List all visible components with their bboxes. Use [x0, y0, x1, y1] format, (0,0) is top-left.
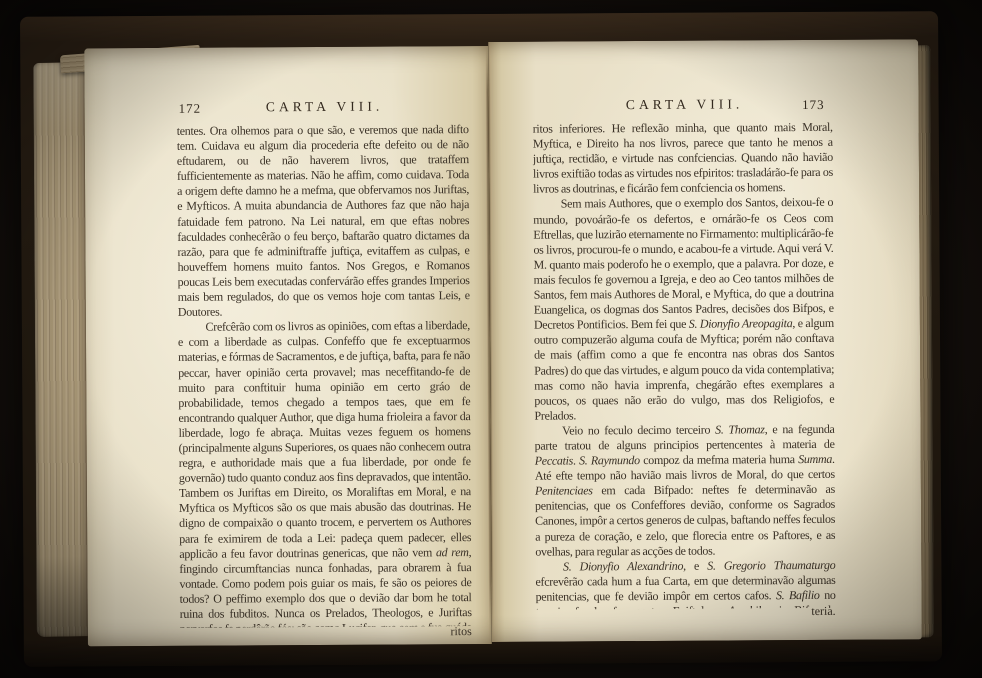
italic-text: S. Dionyfio Alexandrino: [563, 558, 683, 573]
left-running-title: CARTA VIII.: [177, 98, 469, 116]
italic-text: S. Dionyfio Areopagita: [689, 316, 793, 331]
italic-text: S. Bafilio: [776, 588, 820, 602]
right-page-number: 173: [802, 97, 825, 113]
left-page-header: 172 CARTA VIII.: [177, 98, 469, 118]
paragraph: Veio no feculo decimo terceiro S. Thomaz…: [535, 422, 836, 560]
left-page: 172 CARTA VIII. tentes. Ora olhemos para…: [84, 46, 492, 646]
right-page-header: CARTA VIII. 173: [533, 96, 833, 116]
page-edges-left: [33, 62, 89, 637]
paragraph: Sem mais Authores, que o exemplo dos San…: [533, 195, 834, 423]
italic-text: Peccatis: [535, 454, 573, 468]
left-page-number: 172: [179, 101, 202, 117]
italic-text: ad rem: [436, 545, 469, 559]
right-page: CARTA VIII. 173 ritos inferiores. He ref…: [488, 39, 922, 642]
body-text: compoz da mefma materia huma: [640, 452, 798, 467]
open-book: 172 CARTA VIII. tentes. Ora olhemos para…: [20, 11, 942, 667]
right-text-column: ritos inferiores. He reflexão minha, que…: [533, 120, 836, 610]
italic-text: S. Thomaz: [715, 422, 765, 436]
paragraph: tentes. Ora olhemos para o que são, e ve…: [177, 122, 470, 320]
paragraph: Crefcêrão com os livros as opiniões, com…: [178, 318, 472, 628]
body-text: , e algum outro compuzerão alguma coufa …: [534, 316, 834, 422]
left-text-column: tentes. Ora olhemos para o que são, e ve…: [177, 122, 472, 628]
italic-text: Penitenciaes: [535, 484, 593, 498]
right-catchword: teria.: [536, 604, 836, 621]
right-running-title: CARTA VIII.: [533, 96, 833, 114]
italic-text: S. Raymundo: [579, 453, 640, 467]
body-text: Crefcêrão com os livros as opiniões, com…: [178, 318, 471, 560]
body-text: ritos inferiores. He reflexão minha, que…: [533, 120, 833, 196]
paragraph: ritos inferiores. He reflexão minha, que…: [533, 120, 833, 197]
body-text: tentes. Ora olhemos para o que são, e ve…: [177, 122, 470, 319]
photo-background: 172 CARTA VIII. tentes. Ora olhemos para…: [0, 0, 982, 678]
italic-text: Summa: [798, 452, 832, 466]
body-text: Veio no feculo decimo terceiro: [562, 422, 715, 437]
left-catchword: ritos: [180, 624, 472, 641]
body-text: Sem mais Authores, que o exemplo dos San…: [533, 195, 834, 332]
italic-text: S. Gregorio Thaumaturgo: [707, 558, 835, 573]
paragraph: S. Dionyfio Alexandrino, e S. Gregorio T…: [535, 558, 835, 610]
body-text: , e: [683, 558, 707, 572]
